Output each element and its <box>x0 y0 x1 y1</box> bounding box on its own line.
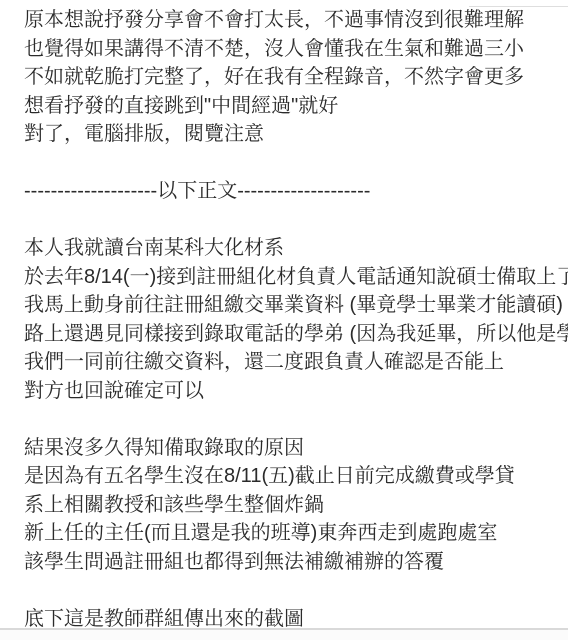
text-line: 是因為有五名學生沒在8/11(五)截止日前完成繳費或學貸 <box>24 462 558 491</box>
text-line: 結果沒多久得知備取錄取的原因 <box>24 434 558 463</box>
text-line: 該學生問過註冊組也都得到無法補繳補辦的答覆 <box>24 548 558 577</box>
text-line: 我們一同前往繳交資料，還二度跟負責人確認是否能上 <box>24 348 558 377</box>
attached-image-partial <box>0 630 568 640</box>
post-body-text: 原本想說抒發分享會不會打太長，不過事情沒到很難理解 也覺得如果講得不清不楚，沒人… <box>24 6 558 633</box>
text-line: 本人我就讀台南某科大化材系 <box>24 234 558 263</box>
text-line: 對方也回說確定可以 <box>24 377 558 406</box>
text-line: 我馬上動身前往註冊組繳交畢業資料 (畢竟學士畢業才能讀碩) <box>24 291 558 320</box>
text-line: 也覺得如果講得不清不楚，沒人會懂我在生氣和難過三小 <box>24 35 558 64</box>
section-divider: --------------------以下正文----------------… <box>24 177 558 206</box>
text-line: 於去年8/14(一)接到註冊組化材負責人電話通知說碩士備取上了 <box>24 263 558 292</box>
text-line: 路上還遇見同樣接到錄取電話的學弟 (因為我延畢，所以他是學弟) <box>24 320 558 349</box>
text-line: 原本想說抒發分享會不會打太長，不過事情沒到很難理解 <box>24 6 558 35</box>
post-page: 原本想說抒發分享會不會打太長，不過事情沒到很難理解 也覺得如果講得不清不楚，沒人… <box>0 0 568 640</box>
paragraph-main-2: 結果沒多久得知備取錄取的原因 是因為有五名學生沒在8/11(五)截止日前完成繳費… <box>24 434 558 577</box>
text-line: 不如就乾脆打完整了，好在我有全程錄音，不然字會更多 <box>24 63 558 92</box>
paragraph-main-1: 本人我就讀台南某科大化材系 於去年8/14(一)接到註冊組化材負責人電話通知說碩… <box>24 234 558 405</box>
divider-text-line: --------------------以下正文----------------… <box>24 177 558 206</box>
text-line: 新上任的主任(而且還是我的班導)東奔西走到處跑處室 <box>24 519 558 548</box>
text-line: 對了，電腦排版，閱覽注意 <box>24 120 558 149</box>
text-line: 系上相關教授和該些學生整個炸鍋 <box>24 491 558 520</box>
text-line: 想看抒發的直接跳到"中間經過"就好 <box>24 92 558 121</box>
paragraph-intro: 原本想說抒發分享會不會打太長，不過事情沒到很難理解 也覺得如果講得不清不楚，沒人… <box>24 6 558 149</box>
